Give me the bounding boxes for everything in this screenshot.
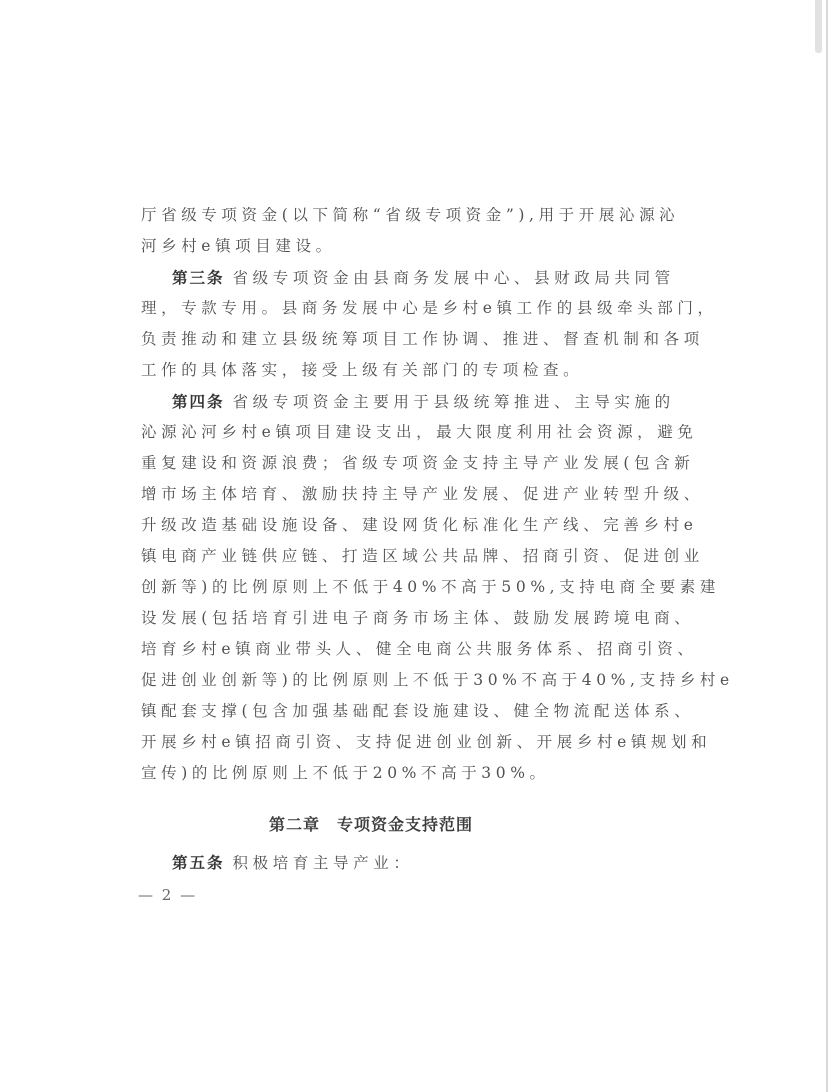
chapter-title: 第二章 专项资金支持范围: [141, 812, 601, 835]
document-page: 厅省级专项资金(以下简称“省级专项资金”),用于开展沁源沁 河乡村e镇项目建设。…: [0, 0, 826, 1092]
text-line: 镇电商产业链供应链、打造区域公共品牌、招商引资、促进创业: [141, 541, 601, 572]
text-line: 沁源沁河乡村e镇项目建设支出，最大限度利用社会资源，避免: [141, 417, 601, 448]
text-line: 镇配套支撑(包含加强基础配套设施建设、健全物流配送体系、: [141, 696, 601, 727]
text-line: 开展乡村e镇招商引资、支持促进创业创新、开展乡村e镇规划和: [141, 727, 601, 758]
page-number: — 2 —: [138, 886, 197, 904]
article-4-first-line: 第四条省级专项资金主要用于县级统筹推进、主导实施的: [141, 386, 601, 417]
text-line: 促进创业创新等)的比例原则上不低于30%不高于40%,支持乡村e: [141, 665, 601, 696]
article-4-heading: 第四条: [172, 392, 225, 411]
text-line: 培育乡村e镇商业带头人、健全电商公共服务体系、招商引资、: [141, 634, 601, 665]
scrollbar-thumb[interactable]: [815, 0, 822, 53]
text-line: 河乡村e镇项目建设。: [141, 231, 601, 262]
document-body: 厅省级专项资金(以下简称“省级专项资金”),用于开展沁源沁 河乡村e镇项目建设。…: [141, 200, 601, 789]
text-line: 理，专款专用。县商务发展中心是乡村e镇工作的县级牵头部门，: [141, 293, 601, 324]
text-line: 增市场主体培育、激励扶持主导产业发展、促进产业转型升级、: [141, 479, 601, 510]
text-line: 工作的具体落实，接受上级有关部门的专项检查。: [141, 355, 601, 386]
article-3-first-line: 第三条省级专项资金由县商务发展中心、县财政局共同管: [141, 262, 601, 293]
text-line: 厅省级专项资金(以下简称“省级专项资金”),用于开展沁源沁: [141, 200, 601, 231]
text-line: 宣传)的比例原则上不低于20%不高于30%。: [141, 758, 601, 789]
text-line: 省级专项资金主要用于县级统筹推进、主导实施的: [233, 393, 675, 411]
text-line: 重复建设和资源浪费；省级专项资金支持主导产业发展(包含新: [141, 448, 601, 479]
article-5-line: 第五条积极培育主导产业：: [141, 847, 413, 878]
text-line: 设发展(包括培育引进电子商务市场主体、鼓励发展跨境电商、: [141, 603, 601, 634]
article-3-heading: 第三条: [172, 268, 225, 287]
text-line: 升级改造基础设施设备、建设网货化标准化生产线、完善乡村e: [141, 510, 601, 541]
text-line: 负责推动和建立县级统筹项目工作协调、推进、督查机制和各项: [141, 324, 601, 355]
article-5-text: 积极培育主导产业：: [233, 854, 414, 872]
article-5-heading: 第五条: [172, 853, 225, 872]
text-line: 省级专项资金由县商务发展中心、县财政局共同管: [233, 269, 675, 287]
text-line: 创新等)的比例原则上不低于40%不高于50%,支持电商全要素建: [141, 572, 601, 603]
